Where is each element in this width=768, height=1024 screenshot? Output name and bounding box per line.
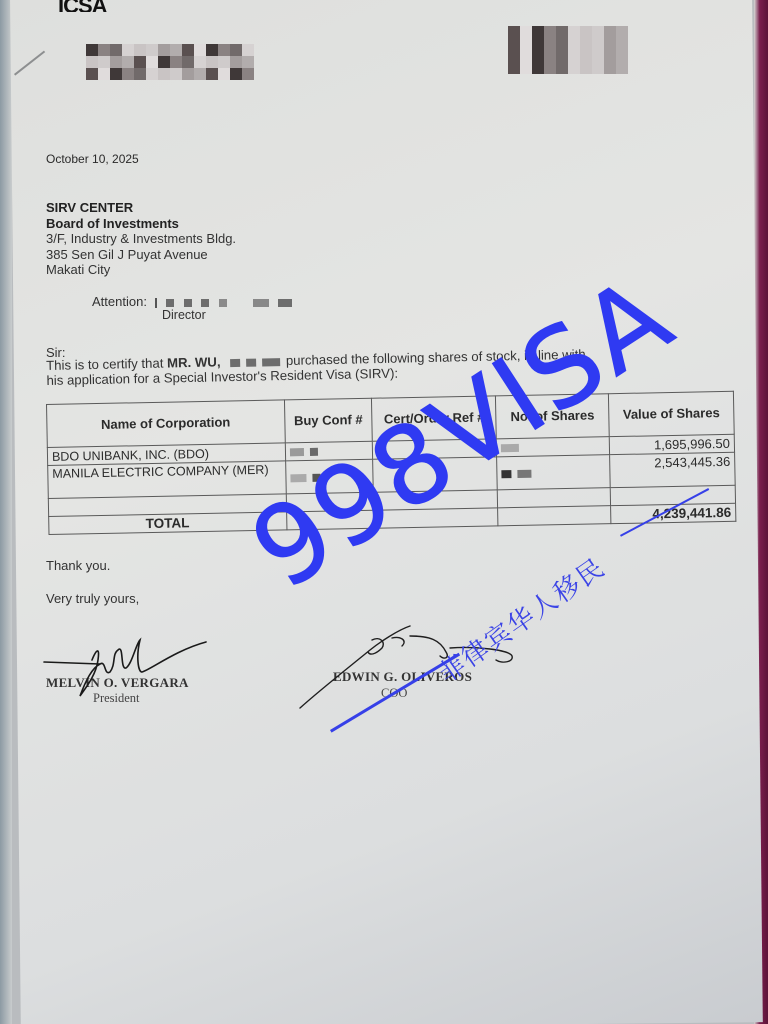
closing-thanks: Thank you.: [46, 558, 110, 573]
recipient-line: Board of Investments: [46, 216, 236, 232]
value-cell: 2,543,445.36: [610, 452, 736, 487]
redacted-name: [246, 358, 256, 366]
column-header: Name of Corporation: [47, 400, 285, 448]
redacted-name: [278, 299, 292, 307]
signatory-title: President: [93, 691, 140, 706]
redacted-name: [262, 358, 280, 366]
value-cell: 1,695,996.50: [609, 434, 734, 454]
client-name: MR. WU,: [167, 354, 221, 370]
redacted-name: [230, 358, 240, 366]
closing-valediction: Very truly yours,: [46, 591, 139, 606]
signatory-name: MELVIN O. VERGARA: [46, 675, 189, 691]
redacted-name: [166, 299, 174, 307]
empty-cell: [497, 488, 610, 508]
attention-label: Attention:: [92, 294, 147, 309]
redacted-name: [253, 299, 269, 307]
empty-cell: [610, 485, 735, 505]
redacted-name: [219, 299, 227, 307]
recipient-line: Makati City: [46, 262, 236, 278]
letterhead-logo: ICSA: [58, 0, 107, 12]
recipient-line: 385 Sen Gil J Puyat Avenue: [46, 247, 236, 263]
redacted-name: [201, 299, 209, 307]
attention-title: Director: [162, 308, 206, 322]
recipient-line: 3/F, Industry & Investments Bldg.: [46, 231, 236, 247]
recipient-line: SIRV CENTER: [46, 200, 236, 216]
background-surface: [0, 0, 12, 1024]
recipient-address: SIRV CENTER Board of Investments 3/F, In…: [46, 200, 236, 278]
redacted-letterhead-right: [508, 26, 628, 74]
corporation-cell: MANILA ELECTRIC COMPANY (MER): [48, 461, 286, 499]
letter-date: October 10, 2025: [46, 152, 139, 166]
attention-line: Attention:: [92, 294, 298, 309]
empty-cell: [498, 506, 611, 526]
redacted-name: [184, 299, 192, 307]
redacted-letterhead-left: [86, 44, 254, 80]
